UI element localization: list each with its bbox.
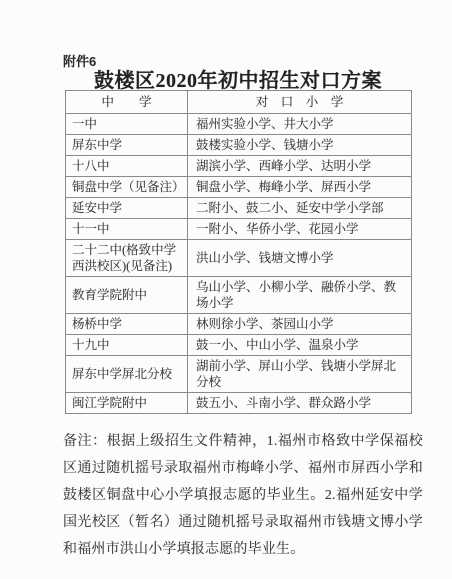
document-title: 鼓楼区2020年初中招生对口方案 (65, 64, 411, 93)
middle-school-cell: 铜盘中学（见备注） (66, 177, 188, 198)
table-header-row: 中 学 对 口 小 学 (66, 91, 412, 114)
middle-school-cell: 屏东中学 (66, 135, 188, 156)
primary-school-column-header: 对 口 小 学 (188, 91, 412, 114)
table-row: 屏东中学屏北分校 湖前小学、屏山小学、钱塘小学屏北分校 (66, 356, 412, 393)
primary-schools-cell: 二附小、鼓二小、延安中学小学部 (188, 198, 412, 219)
primary-schools-cell: 鼓一小、中山小学、温泉小学 (188, 335, 412, 356)
middle-school-cell: 一中 (66, 114, 188, 135)
middle-school-cell: 十八中 (66, 156, 188, 177)
school-mapping-table: 中 学 对 口 小 学 一中 福州实验小学、井大小学 屏东中学 鼓楼实验小学、钱… (65, 90, 412, 414)
table-row: 十一中 一附小、华侨小学、花园小学 (66, 219, 412, 240)
table-row: 屏东中学 鼓楼实验小学、钱塘小学 (66, 135, 412, 156)
table-row: 十九中 鼓一小、中山小学、温泉小学 (66, 335, 412, 356)
middle-school-cell: 杨桥中学 (66, 314, 188, 335)
primary-schools-cell: 湖前小学、屏山小学、钱塘小学屏北分校 (188, 356, 412, 393)
table-row: 一中 福州实验小学、井大小学 (66, 114, 412, 135)
primary-schools-cell: 鼓五小、斗南小学、群众路小学 (188, 393, 412, 414)
middle-school-cell: 教育学院附中 (66, 277, 188, 314)
table-row: 二十二中(格致中学西洪校区)(见备注) 洪山小学、钱塘文博小学 (66, 240, 412, 277)
primary-schools-cell: 鼓楼实验小学、钱塘小学 (188, 135, 412, 156)
middle-school-cell: 屏东中学屏北分校 (66, 356, 188, 393)
primary-schools-cell: 一附小、华侨小学、花园小学 (188, 219, 412, 240)
middle-school-cell: 二十二中(格致中学西洪校区)(见备注) (66, 240, 188, 277)
middle-school-cell: 闽江学院附中 (66, 393, 188, 414)
document-page: 附件6 鼓楼区2020年初中招生对口方案 中 学 对 口 小 学 一中 福州实验… (0, 0, 452, 579)
table-row: 教育学院附中 乌山小学、小柳小学、融侨小学、教场小学 (66, 277, 412, 314)
primary-schools-cell: 林则徐小学、茶园山小学 (188, 314, 412, 335)
primary-schools-cell: 铜盘小学、梅峰小学、屏西小学 (188, 177, 412, 198)
primary-schools-cell: 福州实验小学、井大小学 (188, 114, 412, 135)
table-row: 延安中学 二附小、鼓二小、延安中学小学部 (66, 198, 412, 219)
middle-school-column-header: 中 学 (66, 91, 188, 114)
notes-paragraph: 备注：根据上级招生文件精神，1.福州市格致中学保福校区通过随机摇号录取福州市梅峰… (63, 428, 423, 563)
table-row: 闽江学院附中 鼓五小、斗南小学、群众路小学 (66, 393, 412, 414)
table-row: 铜盘中学（见备注） 铜盘小学、梅峰小学、屏西小学 (66, 177, 412, 198)
table-row: 杨桥中学 林则徐小学、茶园山小学 (66, 314, 412, 335)
middle-school-cell: 延安中学 (66, 198, 188, 219)
table-row: 十八中 湖滨小学、西峰小学、达明小学 (66, 156, 412, 177)
table-body: 一中 福州实验小学、井大小学 屏东中学 鼓楼实验小学、钱塘小学 十八中 湖滨小学… (66, 114, 412, 414)
middle-school-cell: 十九中 (66, 335, 188, 356)
primary-schools-cell: 乌山小学、小柳小学、融侨小学、教场小学 (188, 277, 412, 314)
middle-school-cell: 十一中 (66, 219, 188, 240)
primary-schools-cell: 湖滨小学、西峰小学、达明小学 (188, 156, 412, 177)
primary-schools-cell: 洪山小学、钱塘文博小学 (188, 240, 412, 277)
